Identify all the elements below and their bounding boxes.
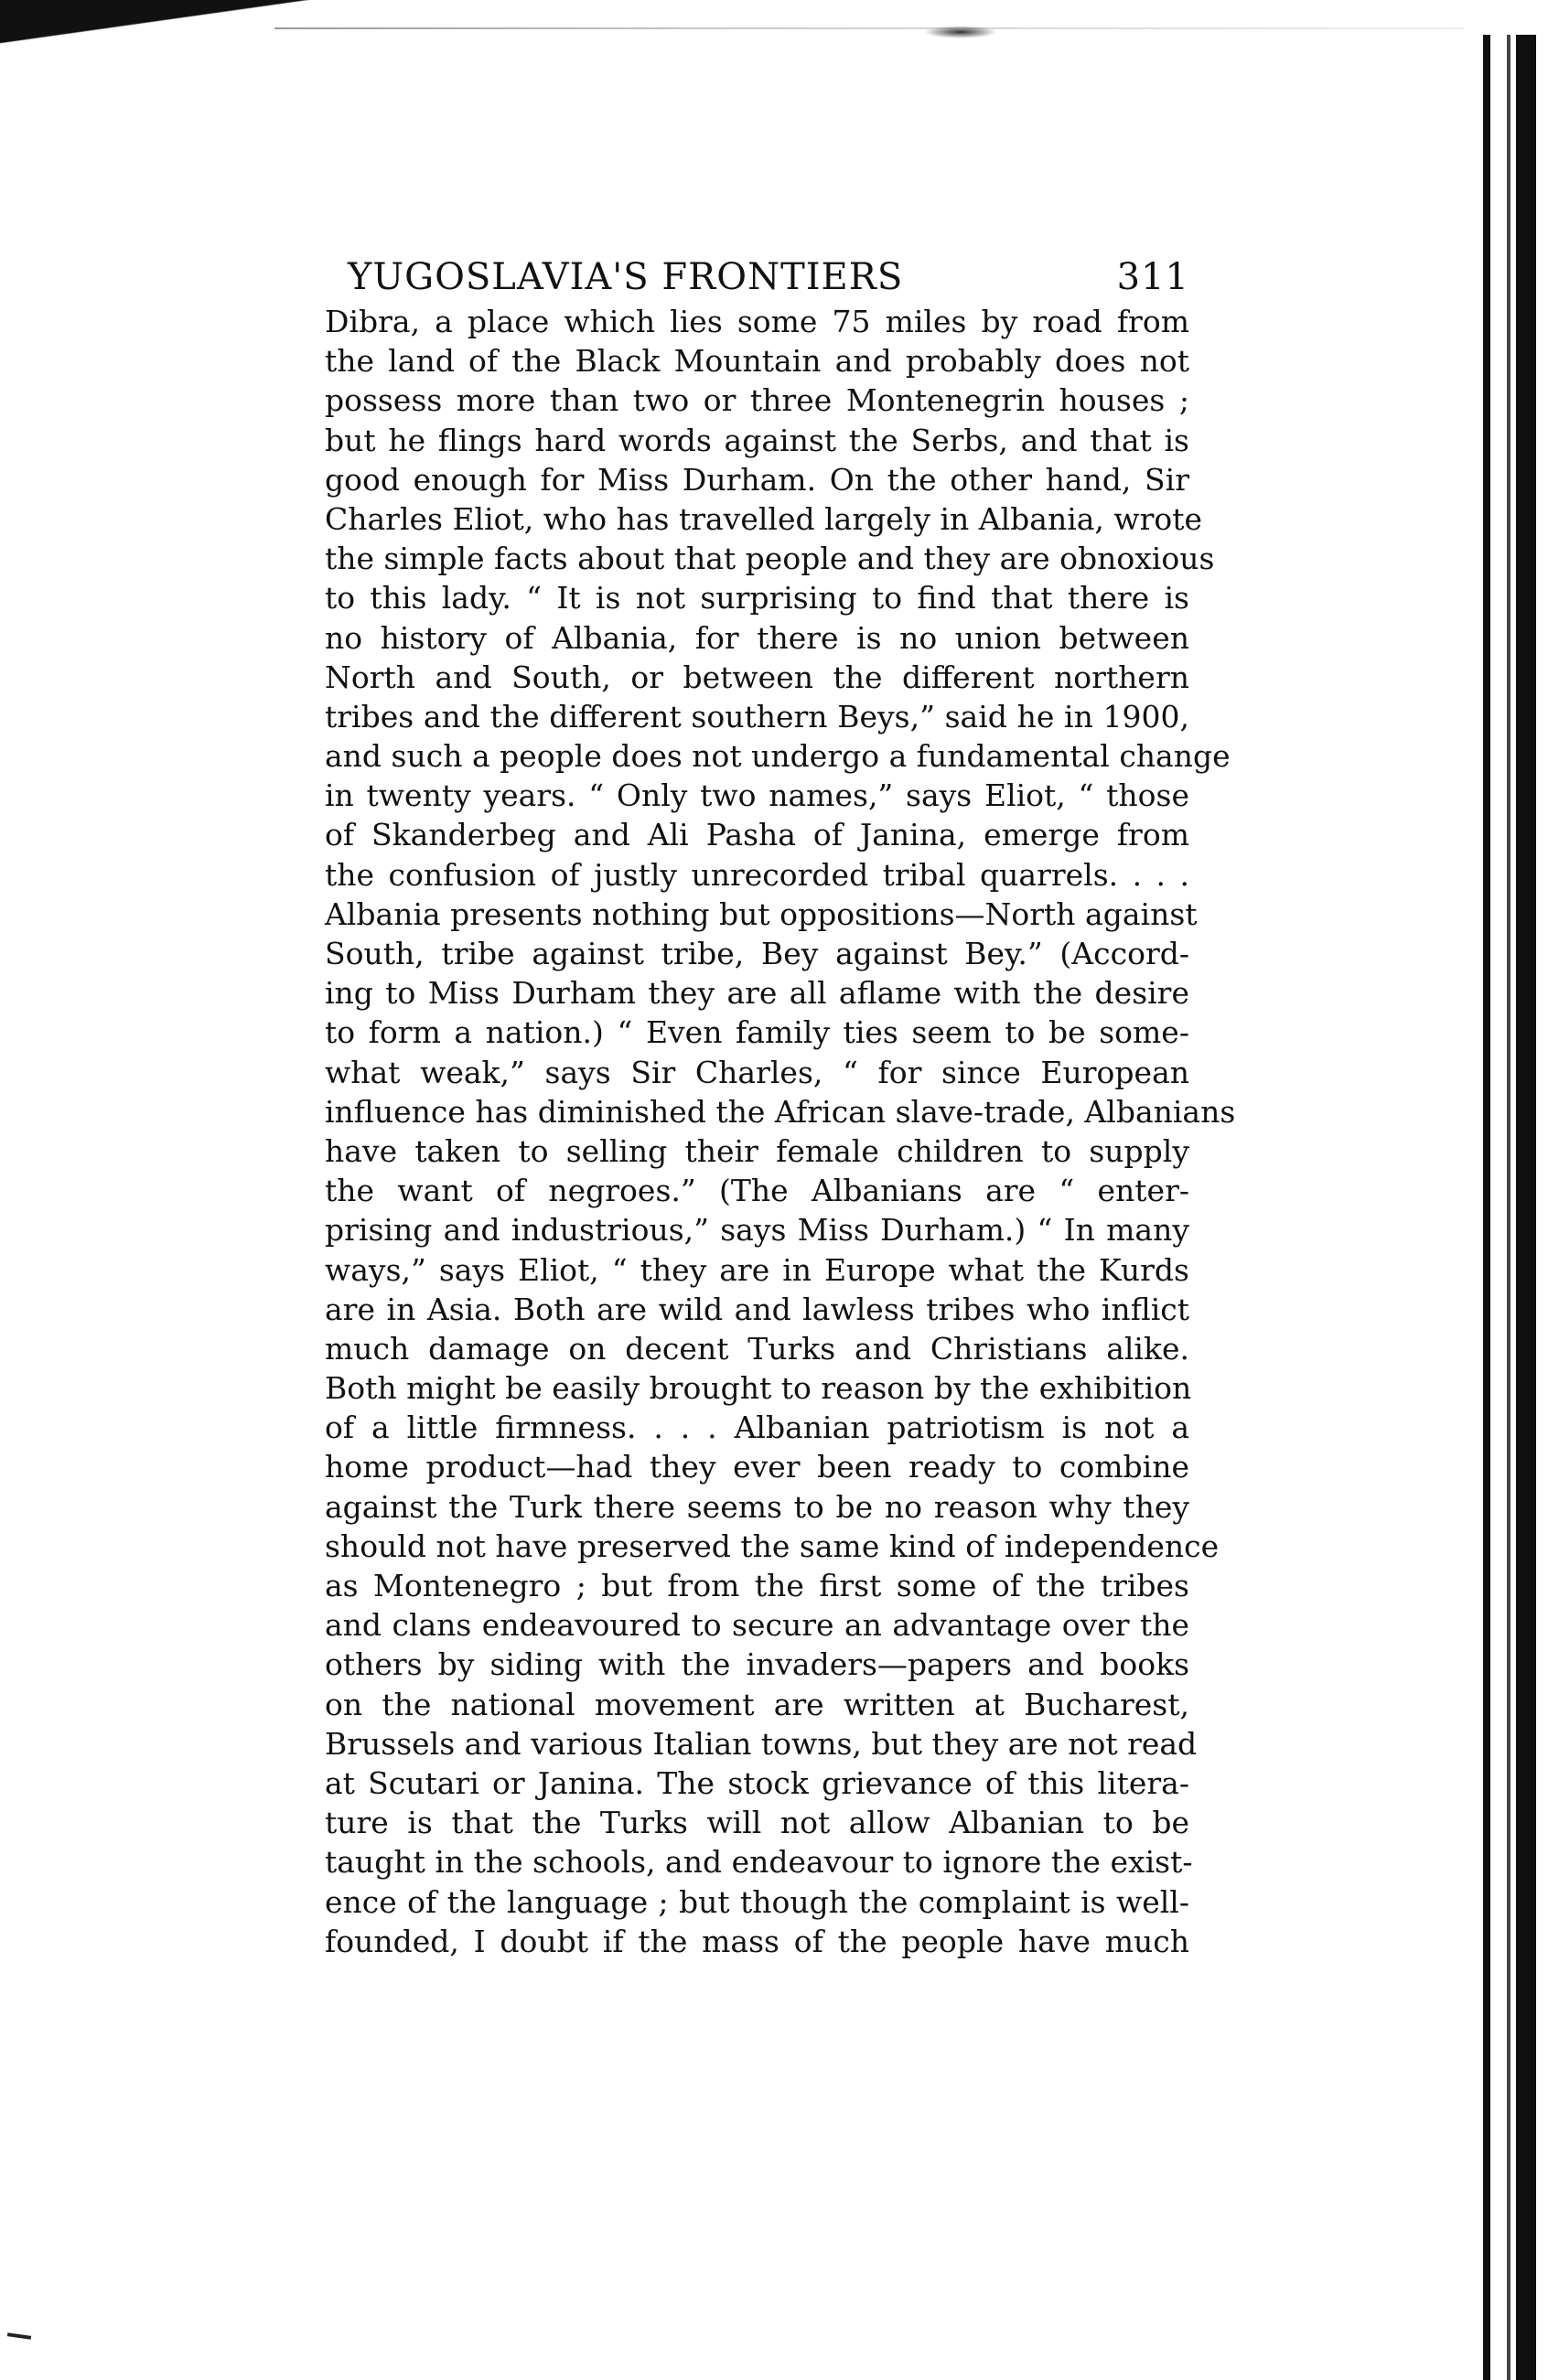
- text-line: taught in the schools, and endeavour to …: [325, 1842, 1189, 1881]
- text-line: have taken to selling their female child…: [325, 1131, 1189, 1171]
- text-line: the land of the Black Mountain and proba…: [325, 341, 1189, 381]
- page-top-edge: [274, 27, 1464, 29]
- text-line: ing to Miss Durham they are all aflame w…: [325, 973, 1189, 1013]
- text-line: no history of Albania, for there is no u…: [325, 618, 1189, 658]
- text-line: home product—had they ever been ready to…: [325, 1447, 1189, 1486]
- text-line: but he flings hard words against the Ser…: [325, 421, 1189, 460]
- text-line: to form a nation.) “ Even family ties se…: [325, 1013, 1189, 1052]
- text-line: ture is that the Turks will not allow Al…: [325, 1803, 1189, 1842]
- text-line: in twenty years. “ Only two names,” says…: [325, 776, 1189, 815]
- text-line: should not have preserved the same kind …: [325, 1527, 1189, 1566]
- body-text: Dibra, a place which lies some 75 miles …: [325, 302, 1189, 1961]
- text-line: and clans endeavoured to secure an advan…: [325, 1605, 1189, 1645]
- text-line: are in Asia. Both are wild and lawless t…: [325, 1290, 1189, 1329]
- text-line: as Montenegro ; but from the first some …: [325, 1566, 1189, 1605]
- text-line: and such a people does not undergo a fun…: [325, 736, 1189, 776]
- text-line: of Skanderbeg and Ali Pasha of Janina, e…: [325, 815, 1189, 854]
- text-line: possess more than two or three Montenegr…: [325, 381, 1189, 420]
- scan-smudge: [924, 26, 997, 38]
- text-line: North and South, or between the differen…: [325, 658, 1189, 697]
- text-line: the simple facts about that people and t…: [325, 539, 1189, 578]
- text-line: founded, I doubt if the mass of the peop…: [325, 1922, 1189, 1961]
- text-line: influence has diminished the African sla…: [325, 1092, 1189, 1131]
- text-line: tribes and the different southern Beys,”…: [325, 697, 1189, 736]
- chapter-title: YUGOSLAVIA'S FRONTIERS: [348, 256, 903, 298]
- text-line: to this lady. “ It is not surprising to …: [325, 578, 1189, 617]
- text-line: the confusion of justly unrecorded triba…: [325, 855, 1189, 895]
- text-line: Charles Eliot, who has travelled largely…: [325, 499, 1189, 539]
- text-line: Dibra, a place which lies some 75 miles …: [325, 302, 1189, 341]
- text-line: of a little firmness. . . . Albanian pat…: [325, 1408, 1189, 1447]
- text-line: ways,” says Eliot, “ they are in Europe …: [325, 1250, 1189, 1290]
- text-line: ence of the language ; but though the co…: [325, 1882, 1189, 1922]
- text-line: Albania presents nothing but oppositions…: [325, 895, 1189, 934]
- text-line: what weak,” says Sir Charles, “ for sinc…: [325, 1053, 1189, 1092]
- text-line: good enough for Miss Durham. On the othe…: [325, 460, 1189, 499]
- text-line: Brussels and various Italian towns, but …: [325, 1724, 1189, 1764]
- text-line: South, tribe against tribe, Bey against …: [325, 934, 1189, 973]
- text-line: the want of negroes.” (The Albanians are…: [325, 1171, 1189, 1210]
- book-binding-edge: [1470, 35, 1548, 2380]
- text-line: others by siding with the invaders—paper…: [325, 1645, 1189, 1684]
- page-number: 311: [1117, 256, 1189, 298]
- text-line: much damage on decent Turks and Christia…: [325, 1329, 1189, 1368]
- text-line: on the national movement are written at …: [325, 1685, 1189, 1724]
- text-line: Both might be easily brought to reason b…: [325, 1368, 1189, 1408]
- running-head: YUGOSLAVIA'S FRONTIERS 311: [348, 256, 1189, 302]
- scan-mark: [7, 2332, 31, 2340]
- text-line: at Scutari or Janina. The stock grievanc…: [325, 1764, 1189, 1803]
- text-line: against the Turk there seems to be no re…: [325, 1487, 1189, 1527]
- text-line: prising and industrious,” says Miss Durh…: [325, 1210, 1189, 1249]
